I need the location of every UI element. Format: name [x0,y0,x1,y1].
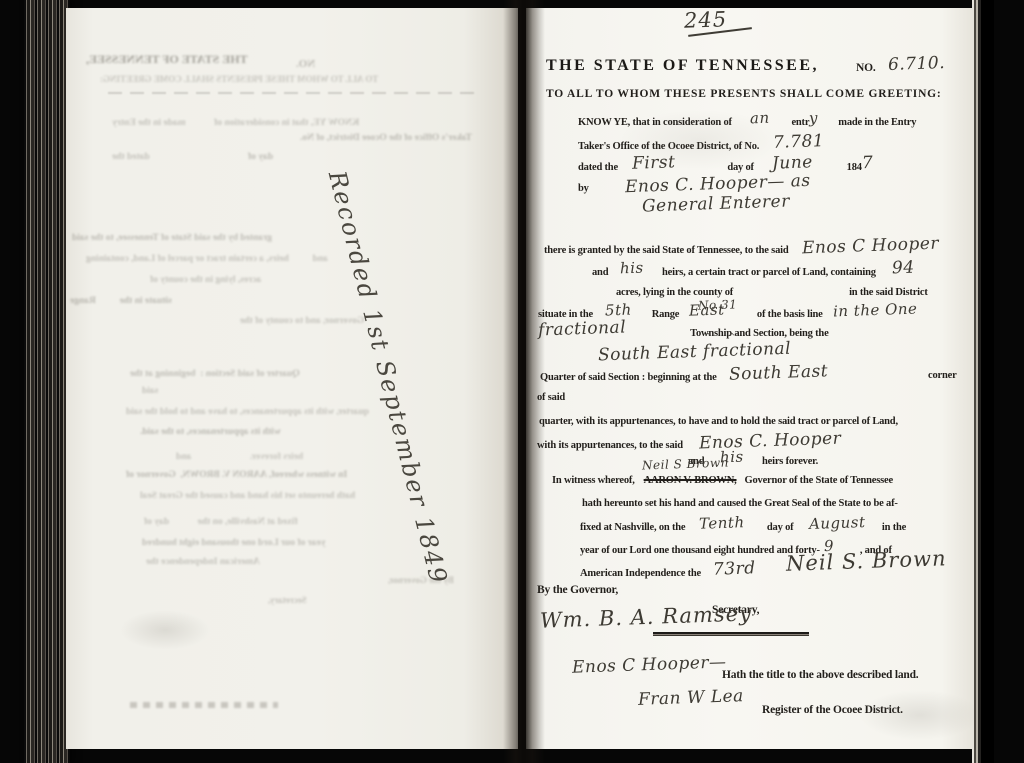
hw-acreage: 94 [891,258,914,279]
struck-governor-name: AARON V. BROWN, [644,475,737,486]
bleedthrough-line: THE STATE OF TENNESSEE, [86,52,248,67]
hw-range-number: 5th [605,301,632,320]
entry-line-5: General Enterer [642,196,790,216]
bleedthrough-line: American Independence the [146,557,260,567]
book-left-page-edges [24,0,70,763]
bleedthrough-line: heirs forever. [250,452,303,462]
greeting-line: TO ALL TO WHOM THESE PRESENTS SHALL COME… [546,88,942,100]
corner-label: corner [928,370,957,381]
hw-basis-line: in the One [832,300,917,321]
witness-line-3: fixed at Nashville, on the Tenth day of … [580,516,906,535]
bleedthrough-line: and heirs, a certain tract or parcel of … [86,254,328,264]
hw-entry-year-digit: 7 [861,153,873,173]
hw-independence-year: 73rd [713,558,756,579]
witness-line-5: American Independence the 73rd [580,561,756,581]
witness-line-1: In witness whereof, AARON V. BROWN, Gove… [552,470,893,488]
bleedthrough-line: dated the [112,152,150,162]
grant-number-label: NO. [856,62,876,74]
bleedthrough-line: TO ALL TO WHOM THESE PRESENTS SHALL COME… [100,74,378,84]
description-line-1: Quarter of said Section : beginning at t… [540,365,828,385]
bleedthrough-line: said [142,386,158,396]
hw-fractional: fractional [538,317,627,340]
register-signature: Fran W Lea [638,686,744,710]
bleedthrough-line: Quarter of said Section : beginning at t… [130,369,300,379]
divider-rule [653,632,809,636]
hw-enterer-role: General Enterer [642,191,790,216]
bleedthrough-line: quarter, with its appurtenances, to have… [126,407,369,417]
page-number: 245 [684,7,728,32]
bleedthrough-line: NO. [296,58,315,70]
grant-line-3: acres, lying in the county of in the sai… [616,282,928,300]
by-governor-label: By the Governor, [537,584,618,596]
entry-line-2: Taker's Office of the Ocoee District, of… [578,134,824,154]
grantee-signature: Enos C Hooper— [572,652,727,677]
state-title: THE STATE OF TENNESSEE, [546,57,819,74]
hw-grantee-name: Enos C Hooper [802,234,940,259]
bleedthrough-line: Secretary, [268,595,307,605]
bleedthrough-line: with its appurtenances, to the said. [140,427,281,437]
hw-seal-day: Tenth [699,513,745,533]
grant-line-2: and his heirs, a certain tract or parcel… [592,260,914,280]
bleedthrough-line: and [176,452,191,462]
bleedthrough-line: KNOW YE, that in consideration of made i… [112,118,359,128]
hw-entry-number: 7.781 [773,131,825,153]
entry-line-1: KNOW YE, that in consideration of an ent… [578,111,916,130]
hw-section-number-annotation: No 31 [698,297,738,312]
grant-number-value: 6.710. [887,53,945,75]
secretary-signature: Wm. B. A. Ramsey [540,601,753,632]
description-line-0: South East fractional [598,344,791,364]
bleedthrough-line: hath hereunto set his hand and caused th… [140,491,355,501]
entry-line-3: dated the First day of June 1847 [578,155,873,175]
hw-beginning-corner: South East [728,361,828,384]
book-scan: THE STATE OF TENNESSEE,NO.TO ALL TO WHOM… [0,0,1024,763]
book-gutter-shadow [503,0,545,763]
description-line-2: of said [537,387,565,405]
bleedthrough-line: day of [248,152,273,162]
bleedthrough-scribble [130,702,278,708]
bleedthrough-rule [108,92,476,94]
governor-signature: Neil S. Brown [786,546,947,576]
bleedthrough-line: year of our Lord one thousand eight hund… [142,538,325,548]
hw-entry-day: First [632,152,676,174]
title-statement: Hath the title to the above described la… [722,669,918,681]
bleedthrough-line: situate in the Range [70,296,172,306]
witness-line-2: hath hereunto set his hand and caused th… [582,493,898,511]
grant-line-1: there is granted by the said State of Te… [544,238,939,258]
hw-consideration: an [750,109,770,128]
book-right-page-edge [972,0,994,763]
bleedthrough-line: Taker's Office of the Ocoee District, of… [300,133,472,143]
bleedthrough-line: acres, lying in the county of [150,275,261,285]
hw-entry-suffix: y [809,109,819,127]
bleedthrough-line: fixed at Nashville, on the day of [144,517,298,527]
description-line-3: quarter, with its appurtenances, to have… [539,411,898,429]
bleedthrough-line: In witness whereof, AARON V. BROWN, Gove… [126,470,347,480]
hw-his-1: his [620,259,644,278]
register-title: Register of the Ocoee District. [762,704,903,716]
bleedthrough-line: Governor, and to county of the [240,316,364,326]
bleedthrough-line: granted by the said State of Tennessee, … [72,233,272,243]
hw-seal-month: August [809,513,866,533]
